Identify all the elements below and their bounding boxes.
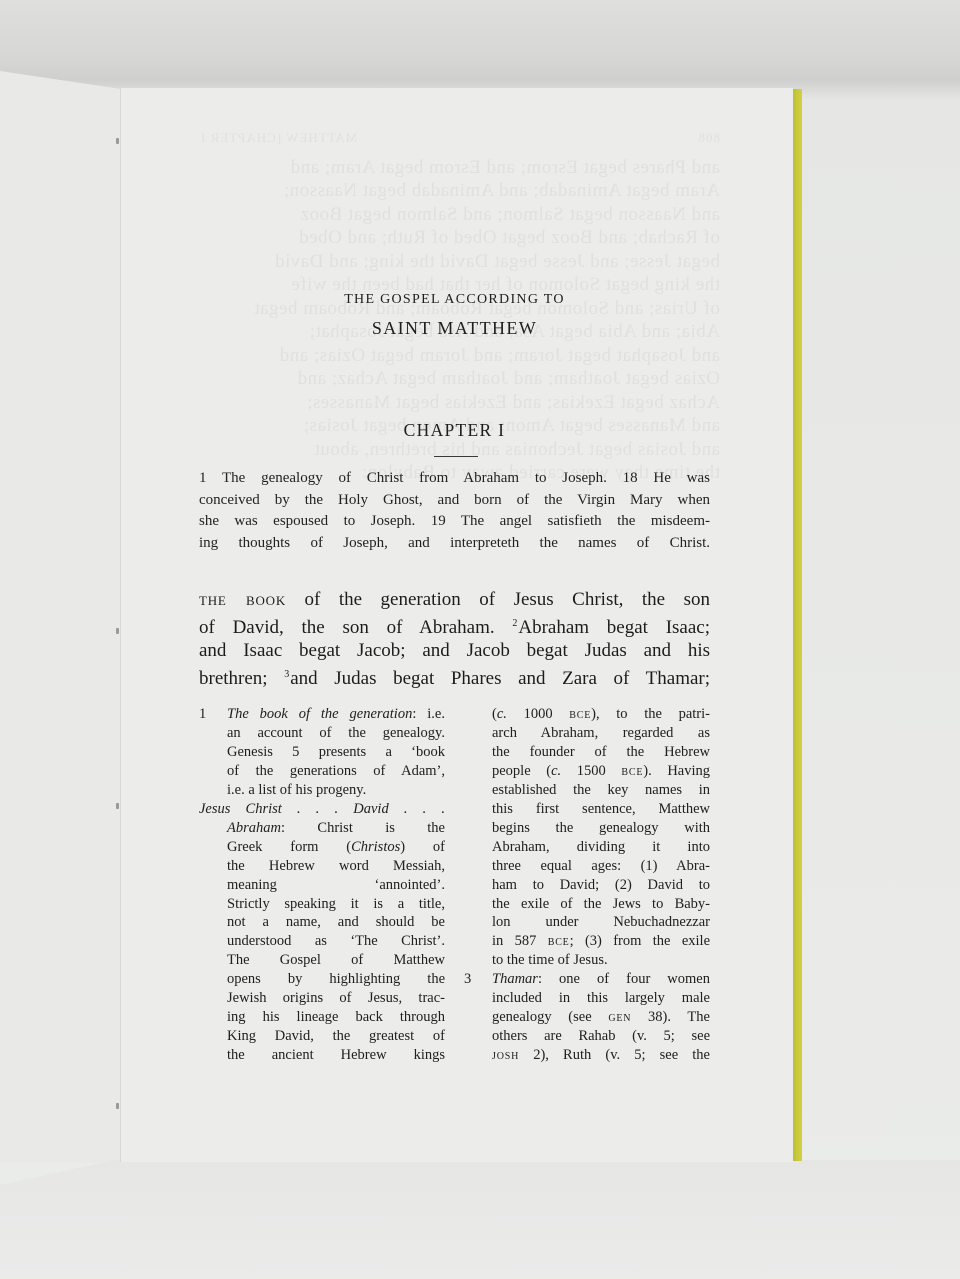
verse-text: and Judas begat Phares and Zara of Thama… <box>290 668 710 689</box>
note-lemma: The book of the generation <box>227 706 412 722</box>
note-text: ). Having <box>643 763 710 779</box>
note-text: ; (3) from the exile <box>570 933 710 949</box>
table-surface <box>0 1160 960 1279</box>
summary-line: 1 The genealogy of Christ from Abraham t… <box>199 468 710 490</box>
note-lemma: Abraham <box>227 820 281 836</box>
note-line: ing his lineage back through <box>199 1008 445 1027</box>
note-italic: Christos <box>351 839 400 855</box>
note-line: included in this largely male <box>464 989 710 1008</box>
note-line: Abraham: Christ is the <box>199 819 445 838</box>
note-line: of the generations of Adam’, <box>199 762 445 781</box>
stitch-mark <box>116 1103 119 1109</box>
note-line: to the time of Jesus. <box>464 951 710 970</box>
verse-line: brethren; 3and Judas begat Phares and Za… <box>199 663 710 691</box>
facing-page <box>0 68 121 1163</box>
scripture-text: THE BOOK of the generation of Jesus Chri… <box>199 588 710 690</box>
verse-text: brethren; <box>199 668 284 689</box>
ghost-running-head: MATTHEW [CHAPTER I <box>200 126 357 150</box>
note-lemma: Jesus Christ . . . David . . . <box>199 801 445 817</box>
chapter-summary: 1 The genealogy of Christ from Abraham t… <box>199 468 710 554</box>
note-text: : one of four women <box>538 971 710 987</box>
note-line: people (c. 1500 BCE). Having <box>464 762 710 781</box>
book-reference: GEN <box>608 1009 631 1025</box>
note-line: Genesis 5 presents a ‘book <box>199 743 445 762</box>
ghost-line: begat Jesse; and Jesse begat David the k… <box>200 250 720 274</box>
note-line: The Gospel of Matthew <box>199 951 445 970</box>
note-line: this first sentence, Matthew <box>464 800 710 819</box>
ghost-line: and Phares begat Esrom; and Esrom begat … <box>200 156 720 180</box>
note-line: Abraham, dividing it into <box>464 838 710 857</box>
verse-text: Abraham begat Isaac; <box>518 617 710 638</box>
chapter-rule <box>434 456 478 457</box>
note-line: (c. 1000 BCE), to the patri- <box>464 705 710 724</box>
note-line: the founder of the Hebrew <box>464 743 710 762</box>
ghost-line: Aram begat Aminadab; and Aminadab begat … <box>200 179 720 203</box>
note-line: Greek form (Christos) of <box>199 838 445 857</box>
note-line: King David, the greatest of <box>199 1027 445 1046</box>
note-text: 1000 <box>507 706 569 722</box>
summary-line: ing thoughts of Joseph, and interpreteth… <box>199 533 710 555</box>
note-line: JOSH 2), Ruth (v. 5; see the <box>464 1046 710 1065</box>
note-line: the ancient Hebrew kings <box>199 1046 445 1065</box>
book-reference: JOSH <box>492 1047 519 1063</box>
note-text: in 587 <box>492 933 548 949</box>
stitch-mark <box>116 803 119 809</box>
note-line: understood as ‘The Christ’. <box>199 932 445 951</box>
note-line: three equal ages: (1) Abra- <box>464 857 710 876</box>
note-text: genealogy (see <box>492 1009 608 1025</box>
ghost-line: of Rachab; and Booz begat Obed of Ruth; … <box>200 226 720 250</box>
note-line: Strictly speaking it is a title, <box>199 895 445 914</box>
note-line: opens by highlighting the <box>199 970 445 989</box>
era-abbrev: BCE <box>548 933 570 949</box>
note-number: 3 <box>464 970 492 989</box>
verse-line: and Isaac begat Jacob; and Jacob begat J… <box>199 639 710 663</box>
book-page: 808 MATTHEW [CHAPTER I and Phares begat … <box>120 88 793 1162</box>
note-line: the Hebrew word Messiah, <box>199 857 445 876</box>
note-text: ), to the patri- <box>591 706 710 722</box>
notes-column-left: 1The book of the generation: i.e. an acc… <box>199 705 445 1065</box>
gospel-title: Saint Matthew <box>199 318 710 339</box>
verse-text: of David, the son of Abraham. <box>199 617 512 638</box>
note-line: ham to David; (2) David to <box>464 876 710 895</box>
ghost-line: Ozias begat Joatham; and Joatham begat A… <box>200 367 720 391</box>
note-line: 3Thamar: one of four women <box>464 970 710 989</box>
note-text: 38). The <box>631 1009 710 1025</box>
note-line: in 587 BCE; (3) from the exile <box>464 932 710 951</box>
chapter-heading: CHAPTER I <box>199 420 710 441</box>
note-line: not a name, and should be <box>199 913 445 932</box>
summary-line: she was espoused to Joseph. 19 The angel… <box>199 511 710 533</box>
note-text: Thamar: one of four women <box>492 970 710 989</box>
note-line: the exile of the Jews to Baby- <box>464 895 710 914</box>
note-line: arch Abraham, regarded as <box>464 724 710 743</box>
verse-number: 3 <box>284 669 289 680</box>
note-line: genealogy (see GEN 38). The <box>464 1008 710 1027</box>
note-line: 1The book of the generation: i.e. <box>199 705 445 724</box>
note-line: lon under Nebuchadnezzar <box>464 913 710 932</box>
ghost-line: and Josias begat Jechonias and his breth… <box>200 438 720 462</box>
ghost-line: and Naasson begat Salmon; and Salmon beg… <box>200 203 720 227</box>
notes-column-right: (c. 1000 BCE), to the patri- arch Abraha… <box>464 705 710 1065</box>
note-line: others are Rahab (v. 5; see <box>464 1027 710 1046</box>
note-line: begins the genealogy with <box>464 819 710 838</box>
note-line: meaning ‘annointed’. <box>199 876 445 895</box>
era-abbrev: BCE <box>621 763 643 779</box>
note-line: i.e. a list of his progeny. <box>199 781 445 800</box>
era-abbrev: BCE <box>569 706 591 722</box>
summary-line: conceived by the Holy Ghost, and born of… <box>199 490 710 512</box>
note-text: ) of <box>400 839 445 855</box>
ghost-folio: 808 <box>698 126 721 150</box>
stitch-mark <box>116 138 119 144</box>
note-text: : i.e. <box>412 706 445 722</box>
verse-number: 2 <box>512 618 517 629</box>
note-text: people ( <box>492 763 551 779</box>
note-text: 1500 <box>561 763 621 779</box>
note-italic: c. <box>551 763 561 779</box>
note-line: an account of the genealogy. <box>199 724 445 743</box>
note-lemma: Thamar <box>492 971 538 987</box>
ghost-line: and Josaphat begat Joram; and Joram bega… <box>200 344 720 368</box>
yellow-page-edge <box>792 89 802 1161</box>
note-italic: c. <box>497 706 507 722</box>
verse-line: of David, the son of Abraham. 2Abraham b… <box>199 612 710 640</box>
note-text: Greek form ( <box>227 839 351 855</box>
note-text: The book of the generation: i.e. <box>227 705 445 724</box>
opening-smallcaps: THE BOOK <box>199 589 286 610</box>
stitch-mark <box>116 628 119 634</box>
note-number: 1 <box>199 705 227 724</box>
gospel-kicker: The Gospel According to <box>199 292 710 308</box>
verse-line: THE BOOK of the generation of Jesus Chri… <box>199 588 710 612</box>
note-line: Jewish origins of Jesus, trac- <box>199 989 445 1008</box>
note-text: : Christ is the <box>281 820 445 836</box>
verse-text: of the generation of Jesus Christ, the s… <box>286 589 710 610</box>
ghost-line: Achaz begat Ezekias; and Ezekias begat M… <box>200 391 720 415</box>
note-text: 2), Ruth (v. 5; see the <box>519 1047 710 1063</box>
note-line: established the key names in <box>464 781 710 800</box>
note-line: Jesus Christ . . . David . . . <box>199 800 445 819</box>
